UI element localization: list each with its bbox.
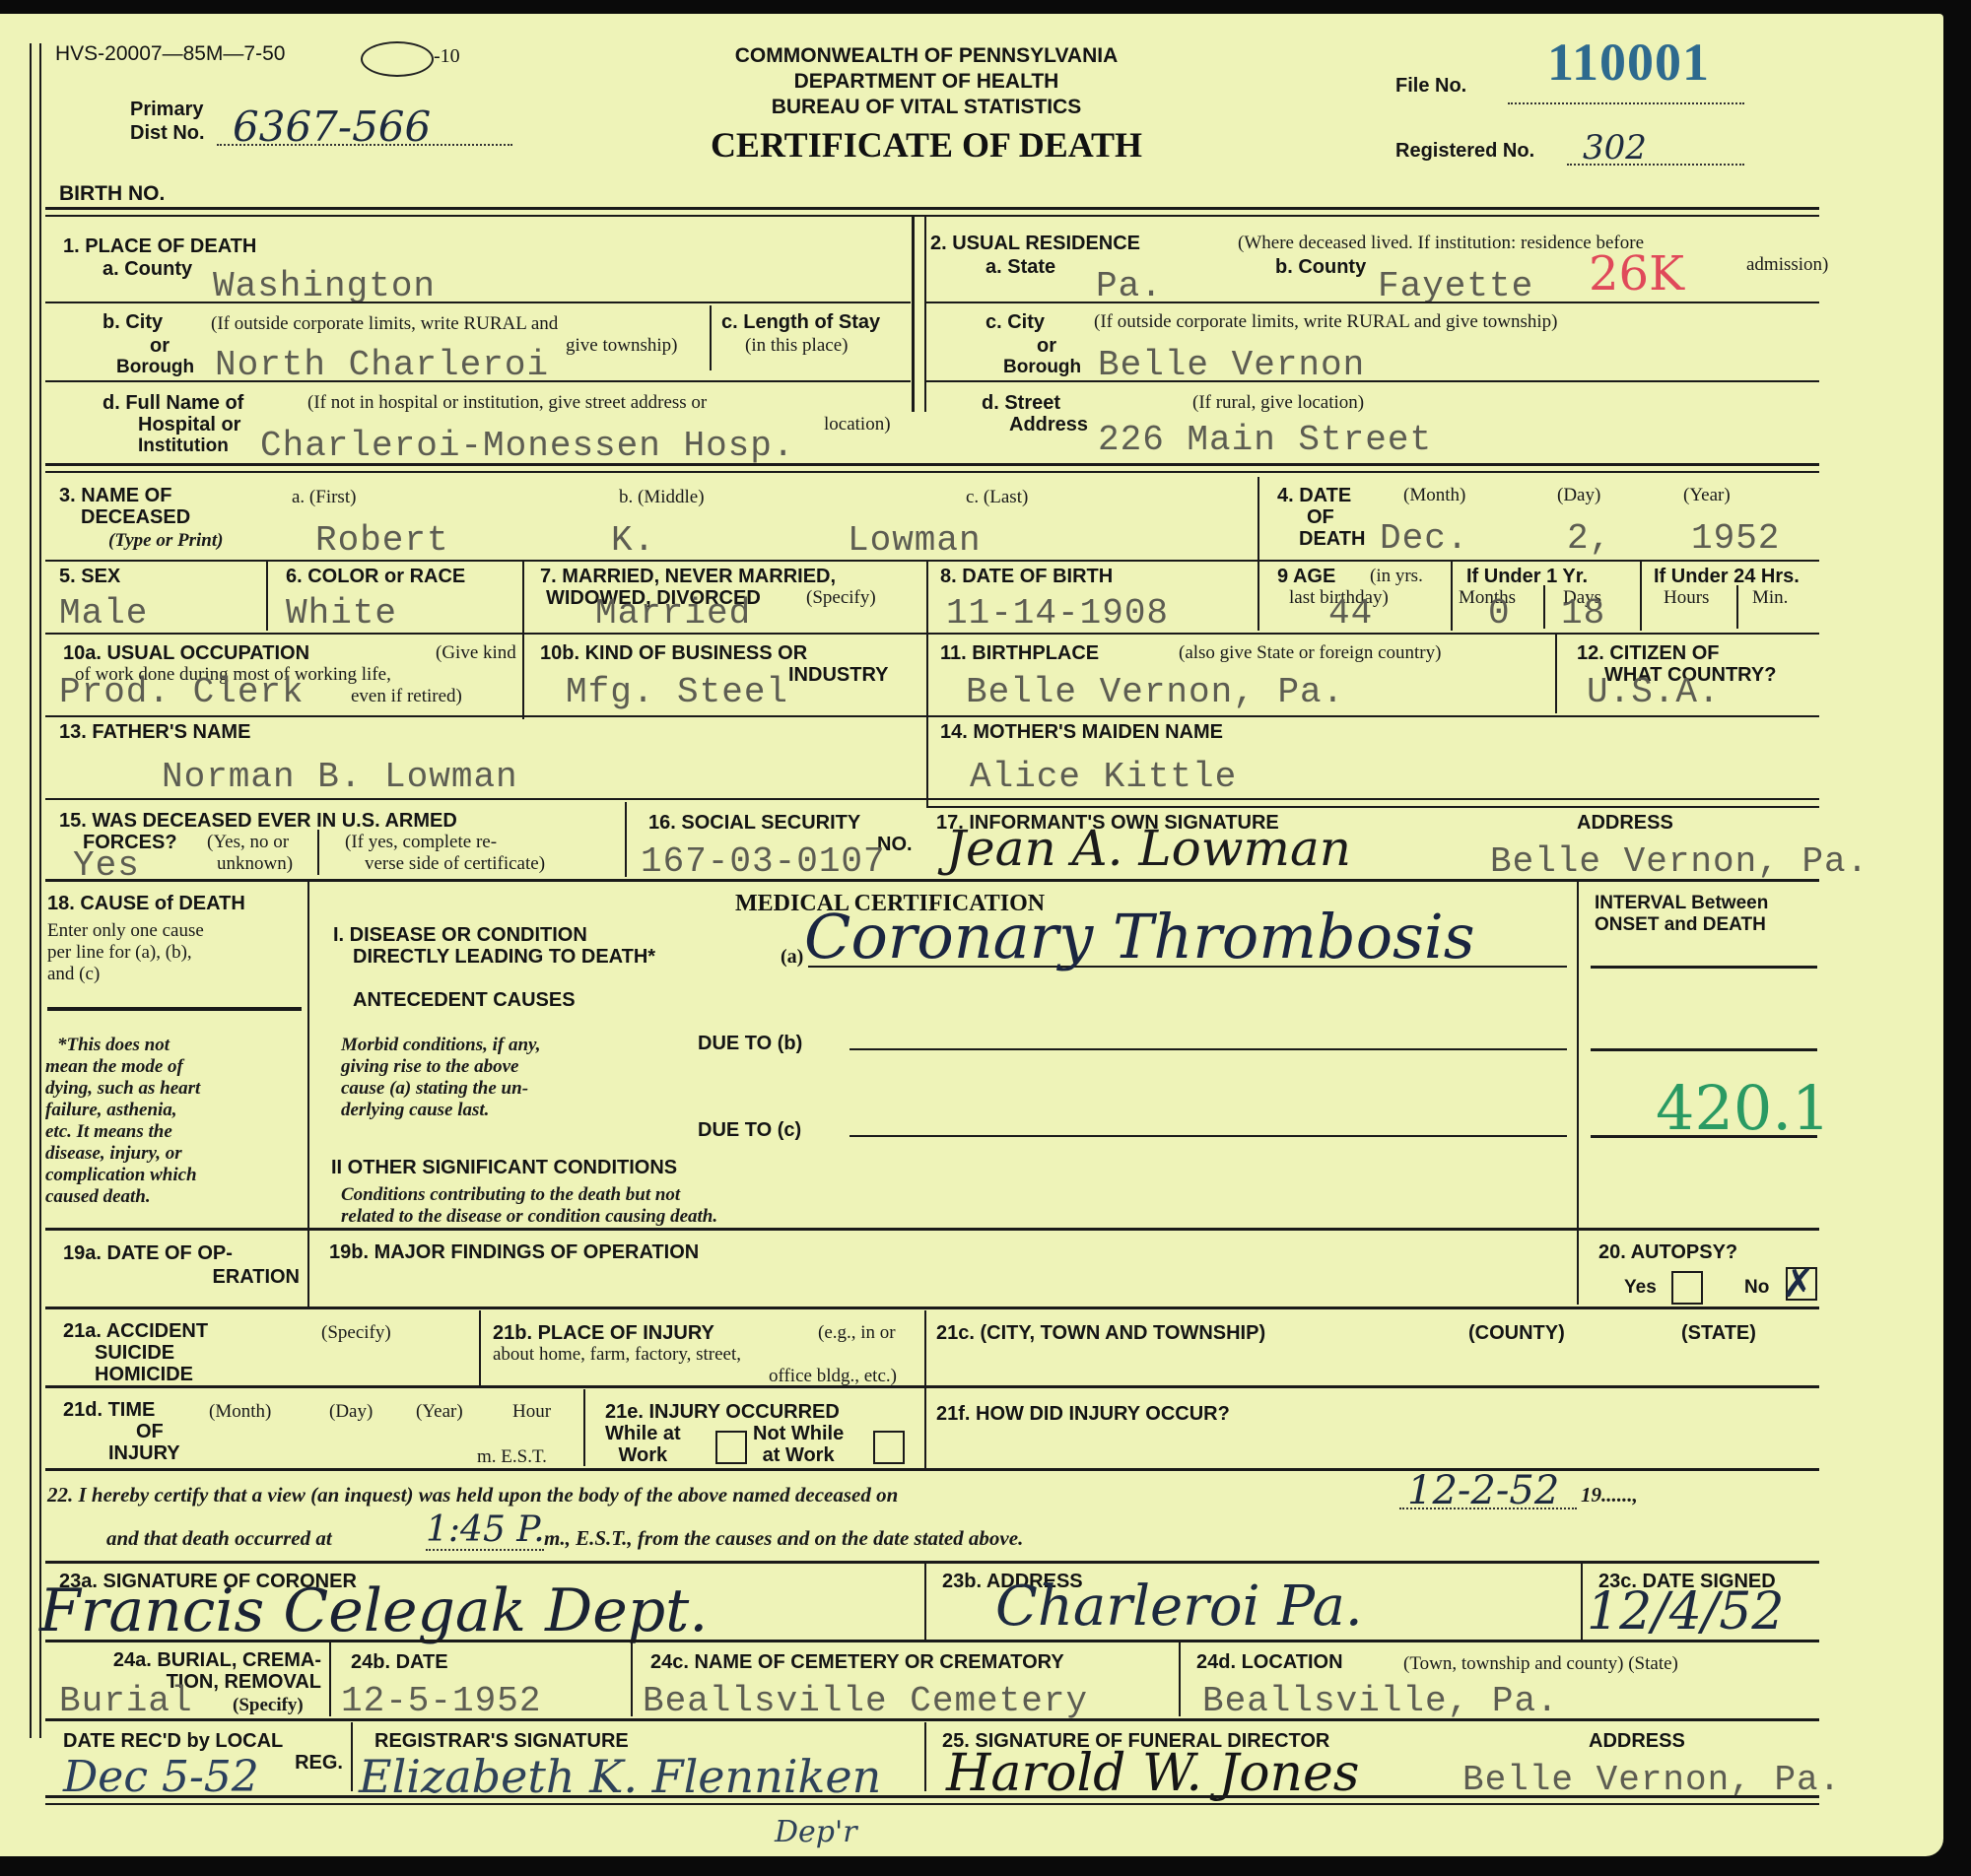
funeral-director-address[interactable]: Belle Vernon, Pa. bbox=[1462, 1762, 1841, 1799]
injury-occurred-label: 21e. INJURY OCCURRED bbox=[605, 1401, 840, 1423]
deputy-note: Dep'r bbox=[775, 1815, 857, 1849]
birthplace-label: 11. BIRTHPLACE bbox=[940, 642, 1099, 664]
under-24hrs-label: If Under 24 Hrs. bbox=[1654, 566, 1800, 587]
rule bbox=[45, 380, 911, 382]
rule bbox=[45, 633, 1819, 635]
birthplace-value[interactable]: Belle Vernon, Pa. bbox=[966, 674, 1344, 711]
form-suffix: -10 bbox=[434, 45, 460, 67]
hours-label: Hours bbox=[1664, 587, 1709, 608]
middle-label: b. (Middle) bbox=[619, 487, 705, 507]
rule bbox=[1640, 562, 1642, 631]
union-seal-icon bbox=[361, 41, 434, 77]
rule bbox=[47, 1007, 302, 1011]
rule bbox=[926, 806, 1819, 808]
rule bbox=[1581, 1563, 1583, 1640]
rule bbox=[266, 562, 268, 631]
res-street-value[interactable]: 226 Main Street bbox=[1098, 422, 1432, 459]
primary-dist-value: 6367-566 bbox=[233, 102, 431, 151]
death-city-value[interactable]: North Charleroi bbox=[215, 347, 549, 384]
rule bbox=[45, 1228, 1819, 1231]
usual-residence-hint-1: (Where deceased lived. If institution: r… bbox=[1238, 233, 1644, 253]
cause-a-value[interactable]: Coronary Thrombosis bbox=[804, 901, 1475, 972]
dod-year[interactable]: 1952 bbox=[1691, 520, 1780, 558]
rule bbox=[45, 560, 1819, 562]
injury-state-label: (STATE) bbox=[1681, 1322, 1756, 1344]
divider-1-2b bbox=[924, 215, 926, 412]
while-at-work-label: While at Work bbox=[605, 1423, 681, 1466]
under-1yr-label: If Under 1 Yr. bbox=[1466, 566, 1588, 587]
res-state-value[interactable]: Pa. bbox=[1096, 268, 1163, 305]
other-conditions-hint: Conditions contributing to the death but… bbox=[341, 1184, 717, 1228]
coroner-signature[interactable]: Francis Celegak Dept. bbox=[39, 1576, 708, 1645]
certify-text-3: m., E.S.T., from the causes and on the d… bbox=[544, 1527, 1023, 1549]
res-city-label: c. City bbox=[985, 311, 1045, 333]
usual-residence-hint-2: admission) bbox=[1746, 254, 1828, 275]
middle-name[interactable]: K. bbox=[611, 522, 655, 560]
rule bbox=[924, 1563, 926, 1640]
res-street-label: d. Street bbox=[982, 392, 1060, 414]
header-rule-2 bbox=[45, 215, 1819, 217]
marital-hint: (Specify) bbox=[806, 587, 876, 608]
rule bbox=[1543, 585, 1545, 629]
rule bbox=[1736, 585, 1738, 629]
death-county-label: a. County bbox=[102, 258, 192, 280]
res-city-hint: (If outside corporate limits, write RURA… bbox=[1094, 311, 1558, 332]
rule bbox=[45, 1640, 1819, 1642]
rule bbox=[45, 1718, 1819, 1721]
armed-hint-3: (If yes, complete re- bbox=[345, 832, 497, 852]
armed-hint-4: verse side of certificate) bbox=[365, 853, 545, 874]
injury-city-label: 21c. (CITY, TOWN AND TOWNSHIP) bbox=[936, 1322, 1265, 1344]
sex-label: 5. SEX bbox=[59, 566, 120, 587]
cause-instructions: Enter only one cause per line for (a), (… bbox=[47, 920, 204, 985]
burial-method-hint: (Specify) bbox=[233, 1695, 304, 1715]
injury-place-label: 21b. PLACE OF INJURY bbox=[493, 1322, 714, 1344]
injury-day-label: (Day) bbox=[329, 1401, 373, 1422]
file-no-label: File No. bbox=[1395, 75, 1466, 97]
file-no-value: 110001 bbox=[1547, 32, 1710, 93]
morbid-hint: Morbid conditions, if any, giving rise t… bbox=[341, 1035, 541, 1121]
father-value[interactable]: Norman B. Lowman bbox=[162, 759, 518, 796]
while-at-work-checkbox[interactable] bbox=[715, 1431, 747, 1464]
due-to-b-line[interactable] bbox=[850, 1048, 1567, 1050]
interval-label: INTERVAL Between ONSET and DEATH bbox=[1595, 893, 1768, 936]
rule bbox=[45, 798, 1819, 800]
marital-label-1: 7. MARRIED, NEVER MARRIED, bbox=[540, 566, 836, 587]
due-to-c-label: DUE TO (c) bbox=[698, 1119, 801, 1141]
accident-label: 21a. ACCIDENT SUICIDE HOMICIDE bbox=[63, 1320, 208, 1385]
rule bbox=[45, 1306, 1819, 1309]
burial-method-value[interactable]: Burial bbox=[59, 1683, 193, 1720]
death-city-or: or bbox=[150, 335, 170, 357]
location-hint: (Town, township and county) (State) bbox=[1403, 1653, 1678, 1674]
not-while-at-work-checkbox[interactable] bbox=[873, 1431, 905, 1464]
birth-no-label: BIRTH NO. bbox=[59, 183, 165, 205]
armed-hint-1: (Yes, no or bbox=[207, 832, 289, 852]
type-or-print: (Type or Print) bbox=[108, 530, 223, 552]
rule bbox=[710, 305, 712, 370]
autopsy-no-label: No bbox=[1744, 1277, 1769, 1299]
res-street-hint: (If rural, give location) bbox=[1192, 392, 1364, 413]
cemetery-value[interactable]: Beallsville Cemetery bbox=[643, 1683, 1088, 1720]
res-state-label: a. State bbox=[985, 256, 1055, 278]
rule bbox=[926, 562, 928, 808]
death-city-hint-1: (If outside corporate limits, write RURA… bbox=[211, 313, 558, 334]
autopsy-yes-label: Yes bbox=[1624, 1277, 1657, 1299]
hospital-value[interactable]: Charleroi-Monessen Hosp. bbox=[260, 428, 794, 465]
rule bbox=[1179, 1641, 1181, 1716]
dod-day-label: (Day) bbox=[1557, 485, 1600, 505]
rule bbox=[307, 881, 309, 1228]
place-of-death-title: 1. PLACE OF DEATH bbox=[63, 235, 256, 257]
father-label: 13. FATHER'S NAME bbox=[59, 721, 250, 743]
rule bbox=[625, 802, 627, 877]
injury-year-label: (Year) bbox=[416, 1401, 463, 1422]
funeral-director-signature[interactable]: Harold W. Jones bbox=[946, 1744, 1359, 1803]
dod-month[interactable]: Dec. bbox=[1380, 520, 1468, 558]
months-value[interactable]: 0 bbox=[1488, 595, 1511, 633]
location-label: 24d. LOCATION bbox=[1196, 1651, 1343, 1673]
rule bbox=[583, 1389, 585, 1466]
certificate-title: CERTIFICATE OF DEATH bbox=[650, 124, 1202, 166]
due-to-c-line[interactable] bbox=[850, 1135, 1567, 1137]
not-while-at-work-label: Not While at Work bbox=[753, 1423, 844, 1466]
res-county-label: b. County bbox=[1275, 256, 1366, 278]
citizen-label-1: 12. CITIZEN OF bbox=[1577, 642, 1719, 664]
injury-place-hint-1: (e.g., in or bbox=[818, 1322, 896, 1343]
occupation-value[interactable]: Prod. Clerk bbox=[59, 674, 305, 711]
burial-date-label: 24b. DATE bbox=[351, 1651, 448, 1673]
hospital-label-2: Hospital or bbox=[138, 414, 240, 435]
marital-value[interactable]: Married bbox=[595, 595, 751, 633]
certify-text-1: 22. I hereby certify that a view (an inq… bbox=[47, 1484, 898, 1506]
red-annotation: 26K bbox=[1589, 246, 1684, 301]
green-code: 420.1 bbox=[1656, 1072, 1831, 1144]
dod-month-label: (Month) bbox=[1403, 485, 1465, 505]
autopsy-label: 20. AUTOPSY? bbox=[1598, 1241, 1737, 1263]
first-name[interactable]: Robert bbox=[315, 522, 449, 560]
operation-date-label: 19a. DATE OF OP- ERATION bbox=[63, 1241, 300, 1289]
injury-place-hint-2: about home, farm, factory, street, bbox=[493, 1344, 741, 1365]
rule bbox=[45, 301, 911, 303]
rule bbox=[926, 380, 1819, 382]
line-a-label: (a) bbox=[781, 946, 803, 968]
registered-no-label: Registered No. bbox=[1395, 140, 1534, 162]
left-border-inner bbox=[39, 43, 41, 1738]
name-label: 3. NAME OF DECEASED bbox=[59, 485, 190, 528]
injury-month-label: (Month) bbox=[209, 1401, 271, 1422]
informant-address[interactable]: Belle Vernon, Pa. bbox=[1490, 843, 1869, 881]
interval-line-b[interactable] bbox=[1591, 1048, 1817, 1051]
mother-label: 14. MOTHER'S MAIDEN NAME bbox=[940, 721, 1223, 743]
age-hint-1: (in yrs. bbox=[1370, 566, 1423, 586]
rule bbox=[45, 1795, 1819, 1798]
age-value[interactable]: 44 bbox=[1328, 595, 1373, 633]
informant-address-label: ADDRESS bbox=[1577, 812, 1673, 834]
rule bbox=[1577, 881, 1579, 1305]
disease-label-2: DIRECTLY LEADING TO DEATH* bbox=[353, 946, 655, 968]
how-injury-label: 21f. HOW DID INJURY OCCUR? bbox=[936, 1403, 1230, 1425]
accident-specify: (Specify) bbox=[321, 1322, 391, 1343]
rule bbox=[45, 1803, 1819, 1805]
primary-dist-label: Primary Dist No. bbox=[130, 99, 205, 144]
res-city-borough: Borough bbox=[1003, 357, 1081, 378]
antecedent-label: ANTECEDENT CAUSES bbox=[353, 989, 576, 1011]
rule bbox=[522, 562, 524, 719]
rule bbox=[307, 1230, 309, 1306]
ssn-label-1: 16. SOCIAL SECURITY bbox=[648, 812, 860, 834]
left-border-outer bbox=[30, 43, 32, 1738]
autopsy-yes-checkbox[interactable] bbox=[1671, 1271, 1703, 1305]
hospital-label: d. Full Name of bbox=[102, 392, 243, 414]
operation-findings-label: 19b. MAJOR FINDINGS OF OPERATION bbox=[329, 1241, 699, 1263]
length-of-stay-label: c. Length of Stay bbox=[721, 311, 880, 333]
form-code: HVS-20007—85M—7-50 bbox=[55, 43, 285, 65]
business-label-2: INDUSTRY bbox=[788, 664, 888, 686]
disease-label-1: I. DISEASE OR CONDITION bbox=[333, 924, 587, 946]
last-label: c. (Last) bbox=[966, 487, 1028, 507]
age-label: 9 AGE bbox=[1277, 566, 1335, 587]
business-value[interactable]: Mfg. Steel bbox=[566, 674, 788, 711]
injury-time-label: 21d. TIME OF INJURY bbox=[63, 1399, 180, 1464]
armed-label-1: 15. WAS DECEASED EVER IN U.S. ARMED bbox=[59, 810, 457, 832]
injury-place-hint-3: office bldg., etc.) bbox=[769, 1366, 897, 1386]
cemetery-label: 24c. NAME OF CEMETERY OR CREMATORY bbox=[650, 1651, 1064, 1673]
rule bbox=[631, 1641, 633, 1716]
race-label: 6. COLOR or RACE bbox=[286, 566, 465, 587]
hospital-hint-1: (If not in hospital or institution, give… bbox=[307, 392, 707, 413]
rule bbox=[45, 1561, 1819, 1564]
rule bbox=[45, 715, 1819, 717]
rule bbox=[1257, 562, 1259, 631]
death-city-hint-2: give township) bbox=[566, 335, 677, 356]
min-label: Min. bbox=[1752, 587, 1788, 608]
sex-value[interactable]: Male bbox=[59, 595, 148, 633]
rule bbox=[924, 1722, 926, 1791]
armed-hint-2: unknown) bbox=[217, 853, 293, 874]
dob-value[interactable]: 11-14-1908 bbox=[946, 595, 1169, 633]
rule bbox=[1451, 562, 1453, 631]
business-label-1: 10b. KIND OF BUSINESS OR bbox=[540, 642, 807, 664]
days-value[interactable]: 18 bbox=[1561, 595, 1605, 633]
res-street-label-2: Address bbox=[1009, 414, 1088, 435]
rule bbox=[926, 301, 1819, 303]
dod-day[interactable]: 2, bbox=[1567, 520, 1611, 558]
rule bbox=[45, 463, 1819, 466]
rule bbox=[1257, 477, 1259, 560]
usual-residence-title: 2. USUAL RESIDENCE bbox=[930, 233, 1140, 254]
cause-title: 18. CAUSE of DEATH bbox=[47, 893, 245, 914]
race-value[interactable]: White bbox=[286, 595, 397, 633]
rule bbox=[45, 471, 1819, 473]
dod-year-label: (Year) bbox=[1683, 485, 1731, 505]
footnote: *This does not mean the mode of dying, s… bbox=[45, 1035, 304, 1208]
burial-date-value[interactable]: 12-5-1952 bbox=[341, 1683, 541, 1720]
res-city-value[interactable]: Belle Vernon bbox=[1098, 347, 1365, 384]
rule bbox=[924, 1310, 926, 1468]
view-date-value: 12-2-52 bbox=[1407, 1468, 1559, 1513]
death-city-borough: Borough bbox=[116, 357, 194, 378]
injury-hour-label: Hour bbox=[512, 1401, 551, 1422]
divider-1-2 bbox=[912, 215, 915, 412]
autopsy-no-mark: ✗ bbox=[1782, 1261, 1815, 1306]
rule bbox=[317, 830, 319, 875]
date-signed-value[interactable]: 12/4/52 bbox=[1587, 1582, 1784, 1641]
certificate-paper: HVS-20007—85M—7-50 -10 Primary Dist No. … bbox=[0, 14, 1943, 1856]
registrar-signature-label: REGISTRAR'S SIGNATURE bbox=[374, 1730, 629, 1752]
death-county-value[interactable]: Washington bbox=[213, 268, 436, 305]
rule bbox=[329, 1641, 331, 1716]
agency-header: COMMONWEALTH OF PENNSYLVANIA DEPARTMENT … bbox=[650, 43, 1202, 120]
registered-no-value: 302 bbox=[1583, 128, 1647, 167]
occupation-hint-3: even if retired) bbox=[351, 686, 462, 706]
ssn-value[interactable]: 167-03-0107 bbox=[641, 843, 886, 881]
header-rule-1 bbox=[45, 207, 1819, 210]
rule bbox=[351, 1722, 353, 1791]
first-label: a. (First) bbox=[292, 487, 356, 507]
rule bbox=[479, 1310, 481, 1385]
res-city-or: or bbox=[1037, 335, 1056, 357]
death-time-value: 1:45 P. bbox=[426, 1509, 545, 1550]
rule bbox=[45, 1385, 1819, 1388]
funeral-director-address-label: ADDRESS bbox=[1589, 1730, 1685, 1752]
hospital-hint-2: location) bbox=[824, 414, 891, 435]
year-prefix: 19......, bbox=[1581, 1484, 1638, 1506]
dob-label: 8. DATE OF BIRTH bbox=[940, 566, 1113, 587]
hospital-label-3: Institution bbox=[138, 435, 229, 457]
occupation-label: 10a. USUAL OCCUPATION bbox=[63, 642, 309, 664]
mother-value[interactable]: Alice Kittle bbox=[970, 759, 1237, 796]
due-to-b-label: DUE TO (b) bbox=[698, 1033, 802, 1054]
death-city-label: b. City bbox=[102, 311, 163, 333]
occupation-hint-1: (Give kind bbox=[436, 642, 516, 663]
coroner-address[interactable]: Charleroi Pa. bbox=[995, 1574, 1363, 1639]
dod-label: 4. DATE OF DEATH bbox=[1277, 485, 1365, 550]
informant-signature[interactable]: Jean A. Lowman bbox=[946, 820, 1351, 877]
interval-line-a[interactable] bbox=[1591, 966, 1817, 969]
birthplace-hint: (also give State or foreign country) bbox=[1179, 642, 1441, 663]
location-value[interactable]: Beallsville, Pa. bbox=[1202, 1683, 1559, 1720]
rule bbox=[45, 879, 1819, 882]
citizen-value[interactable]: U.S.A. bbox=[1587, 674, 1721, 711]
rule bbox=[1555, 635, 1557, 713]
res-county-value[interactable]: Fayette bbox=[1378, 268, 1533, 305]
injury-est-label: m. E.S.T. bbox=[477, 1446, 547, 1467]
last-name[interactable]: Lowman bbox=[848, 522, 982, 560]
length-of-stay-hint: (in this place) bbox=[745, 335, 848, 356]
injury-county-label: (COUNTY) bbox=[1468, 1322, 1565, 1344]
certify-text-2: and that death occurred at bbox=[106, 1527, 332, 1549]
other-conditions-label: II OTHER SIGNIFICANT CONDITIONS bbox=[331, 1157, 677, 1178]
